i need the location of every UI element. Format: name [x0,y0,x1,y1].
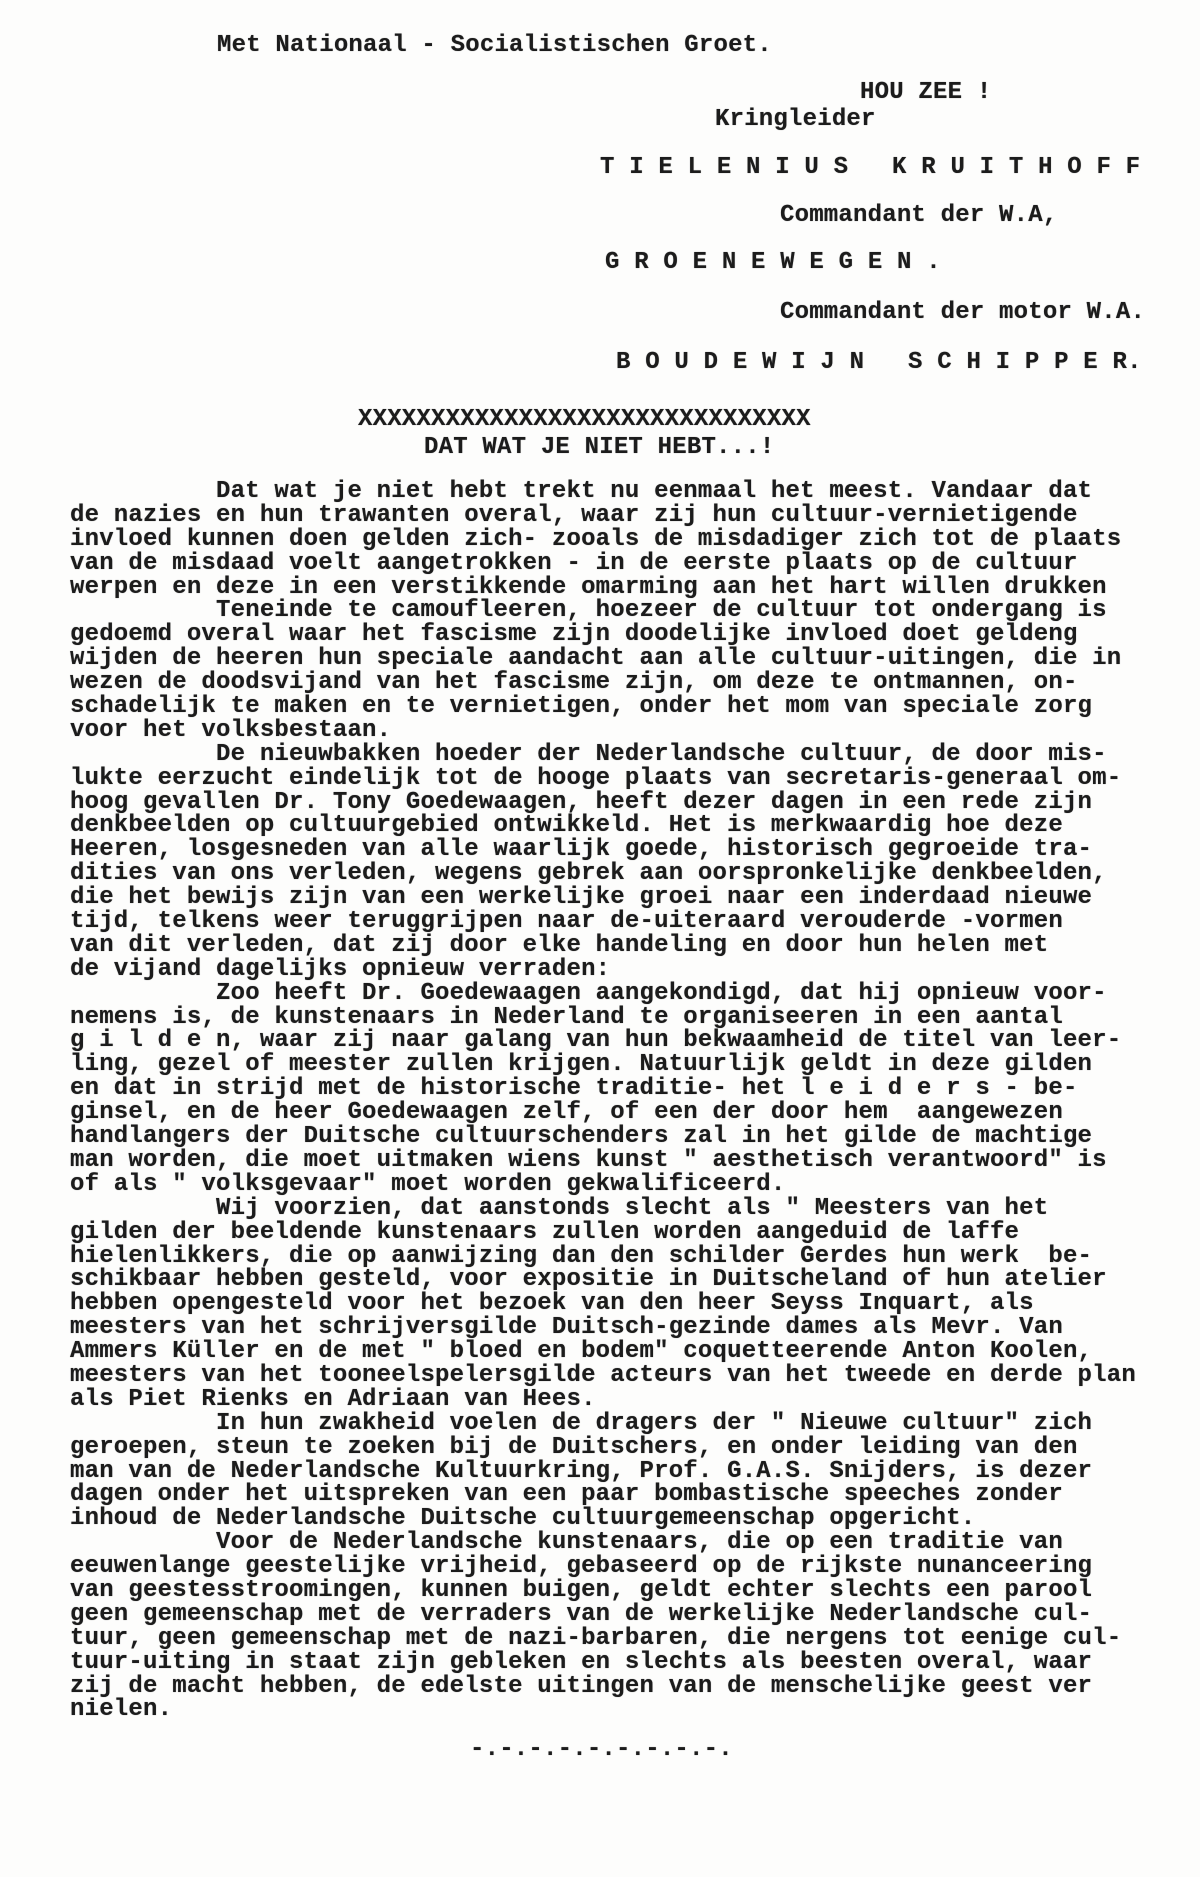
text-line: gilden der beeldende kunstenaars zullen … [70,1221,1136,1245]
text-line: zij de macht hebben, de edelste uitingen… [70,1675,1136,1699]
text-line: Teneinde te camoufleeren, hoezeer de cul… [70,599,1136,623]
text-line: dities van ons verleden, wegens gebrek a… [70,862,1136,886]
text-line: tijd, telkens weer teruggrijpen naar de-… [70,910,1136,934]
text-line: wijden de heeren hun speciale aandacht a… [70,647,1136,671]
text-line: Wij voorzien, dat aanstonds slecht als "… [70,1197,1136,1221]
text-line: gedoemd overal waar het fascisme zijn do… [70,623,1136,647]
text-line: van dit verleden, dat zij door elke hand… [70,934,1136,958]
text-line: Heeren, losgesneden van alle waarlijk go… [70,838,1136,862]
text-line: denkbeelden op cultuurgebied ontwikkeld.… [70,814,1136,838]
text-line: geroepen, steun te zoeken bij de Duitsch… [70,1436,1136,1460]
text-line: van de misdaad voelt aangetrokken - in d… [70,552,1136,576]
text-line: de nazies en hun trawanten overal, waar … [70,504,1136,528]
text-line: die het bewijs zijn van een werkelijke g… [70,886,1136,910]
text-line: voor het volksbestaan. [70,719,1136,743]
text-line: meesters van het schrijversgilde Duitsch… [70,1316,1136,1340]
text-line: Dat wat je niet hebt trekt nu eenmaal he… [70,480,1136,504]
text-line: ling, gezel of meester zullen krijgen. N… [70,1053,1136,1077]
text-line: nemens is, de kunstenaars in Nederland t… [70,1006,1136,1030]
text-line: Ammers Küller en de met " bloed en bodem… [70,1340,1136,1364]
text-line: en dat in strijd met de historische trad… [70,1077,1136,1101]
text-line: Zoo heeft Dr. Goedewaagen aangekondigd, … [70,982,1136,1006]
text-line: De nieuwbakken hoeder der Nederlandsche … [70,743,1136,767]
signatory-name-boudewijn-schipper: B O U D E W I J N S C H I P P E R. [616,351,1142,375]
article-body: Dat wat je niet hebt trekt nu eenmaal he… [70,480,1136,1722]
text-line: geen gemeenschap met de verraders van de… [70,1603,1136,1627]
closing-slogan: HOU ZEE ! [860,81,991,105]
text-line: man worden, die moet uitmaken wiens kuns… [70,1149,1136,1173]
text-line: Voor de Nederlandsche kunstenaars, die o… [70,1531,1136,1555]
signatory-role-commandant-motor-wa: Commandant der motor W.A. [780,301,1145,325]
text-line: invloed kunnen doen gelden zich- zooals … [70,528,1136,552]
text-line: van geestesstroomingen, kunnen buigen, g… [70,1579,1136,1603]
text-line: of als " volksgevaar" moet worden gekwal… [70,1173,1136,1197]
signatory-name-tielenius-kruithoff: T I E L E N I U S K R U I T H O F F [600,156,1140,180]
text-line: werpen en deze in een verstikkende omarm… [70,576,1136,600]
end-divider: -.-.-.-.-.-.-.-.-. [470,1738,733,1762]
text-line: wezen de doodsvijand van het fascisme zi… [70,671,1136,695]
text-line: man van de Nederlandsche Kultuurkring, P… [70,1460,1136,1484]
text-line: dagen onder het uitspreken van een paar … [70,1483,1136,1507]
text-line: eeuwenlange geestelijke vrijheid, gebase… [70,1555,1136,1579]
text-line: lukte eerzucht eindelijk tot de hooge pl… [70,767,1136,791]
text-line: nielen. [70,1698,1136,1722]
signatory-role-commandant-wa: Commandant der W.A, [780,204,1057,228]
text-line: inhoud de Nederlandsche Duitsche cultuur… [70,1507,1136,1531]
text-line: schadelijk te maken en te vernietigen, o… [70,695,1136,719]
text-line: In hun zwakheid voelen de dragers der " … [70,1412,1136,1436]
document-page: Met Nationaal - Socialistischen Groet. H… [0,0,1200,1877]
text-line: hoog gevallen Dr. Tony Goedewaagen, heef… [70,791,1136,815]
text-line: hielenlikkers, die op aanwijzing dan den… [70,1245,1136,1269]
text-line: als Piet Rienks en Adriaan van Hees. [70,1388,1136,1412]
closing-salute: Met Nationaal - Socialistischen Groet. [217,34,772,58]
signatory-role-kringleider: Kringleider [715,108,876,132]
text-line: handlangers der Duitsche cultuurschender… [70,1125,1136,1149]
text-line: meesters van het tooneelspelersgilde act… [70,1364,1136,1388]
text-line: hebben opengesteld voor het bezoek van d… [70,1292,1136,1316]
x-separator-row: XXXXXXXXXXXXXXXXXXXXXXXXXXXXXXX [358,408,811,432]
text-line: tuur-uiting in staat zijn gebleken en sl… [70,1651,1136,1675]
text-line: schikbaar hebben gesteld, voor expositie… [70,1268,1136,1292]
article-title: DAT WAT JE NIET HEBT...! [424,436,774,460]
text-line: de vijand dagelijks opnieuw verraden: [70,958,1136,982]
text-line: ginsel, en de heer Goedewaagen zelf, of … [70,1101,1136,1125]
signatory-name-groenewegen: G R O E N E W E G E N . [605,251,941,275]
text-line: tuur, geen gemeenschap met de nazi-barba… [70,1627,1136,1651]
text-line: g i l d e n, waar zij naar galang van hu… [70,1029,1136,1053]
